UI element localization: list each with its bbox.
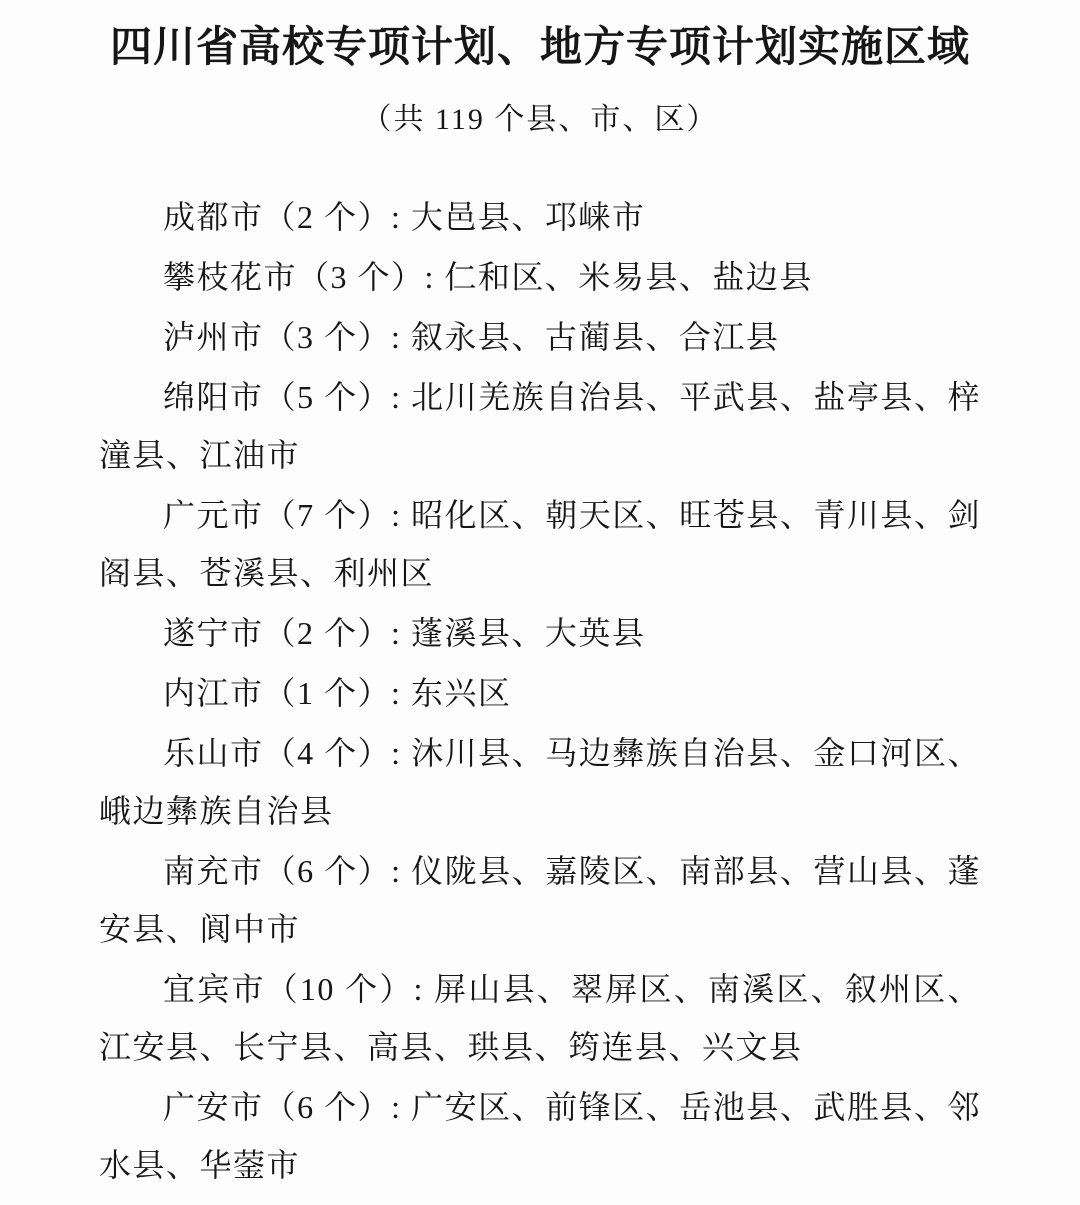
entry-mianyang: 绵阳市（5 个）: 北川羌族自治县、平武县、盐亭县、梓潼县、江油市: [99, 368, 981, 484]
entry-guangan: 广安市（6 个）: 广安区、前锋区、岳池县、武胜县、邻水县、华蓥市: [99, 1078, 981, 1194]
document-page: 四川省高校专项计划、地方专项计划实施区域 （共 119 个县、市、区） 成都市（…: [0, 0, 1080, 1205]
entry-guangyuan: 广元市（7 个）: 昭化区、朝天区、旺苍县、青川县、剑阁县、苍溪县、利州区: [99, 486, 981, 602]
entry-neijiang: 内江市（1 个）: 东兴区: [99, 664, 981, 722]
entry-yibin: 宜宾市（10 个）: 屏山县、翠屏区、南溪区、叙州区、江安县、长宁县、高县、珙县…: [99, 960, 981, 1076]
document-body: 成都市（2 个）: 大邑县、邛崃市 攀枝花市（3 个）: 仁和区、米易县、盐边县…: [99, 188, 981, 1194]
document-subtitle: （共 119 个县、市、区）: [0, 102, 1080, 138]
entry-nanchong: 南充市（6 个）: 仪陇县、嘉陵区、南部县、营山县、蓬安县、阆中市: [99, 842, 981, 958]
document-title: 四川省高校专项计划、地方专项计划实施区域: [0, 0, 1080, 76]
entry-luzhou: 泸州市（3 个）: 叙永县、古蔺县、合江县: [99, 308, 981, 366]
entry-leshan: 乐山市（4 个）: 沐川县、马边彝族自治县、金口河区、峨边彝族自治县: [99, 724, 981, 840]
entry-chengdu: 成都市（2 个）: 大邑县、邛崃市: [99, 188, 981, 246]
entry-panzhihua: 攀枝花市（3 个）: 仁和区、米易县、盐边县: [99, 248, 981, 306]
entry-suining: 遂宁市（2 个）: 蓬溪县、大英县: [99, 604, 981, 662]
